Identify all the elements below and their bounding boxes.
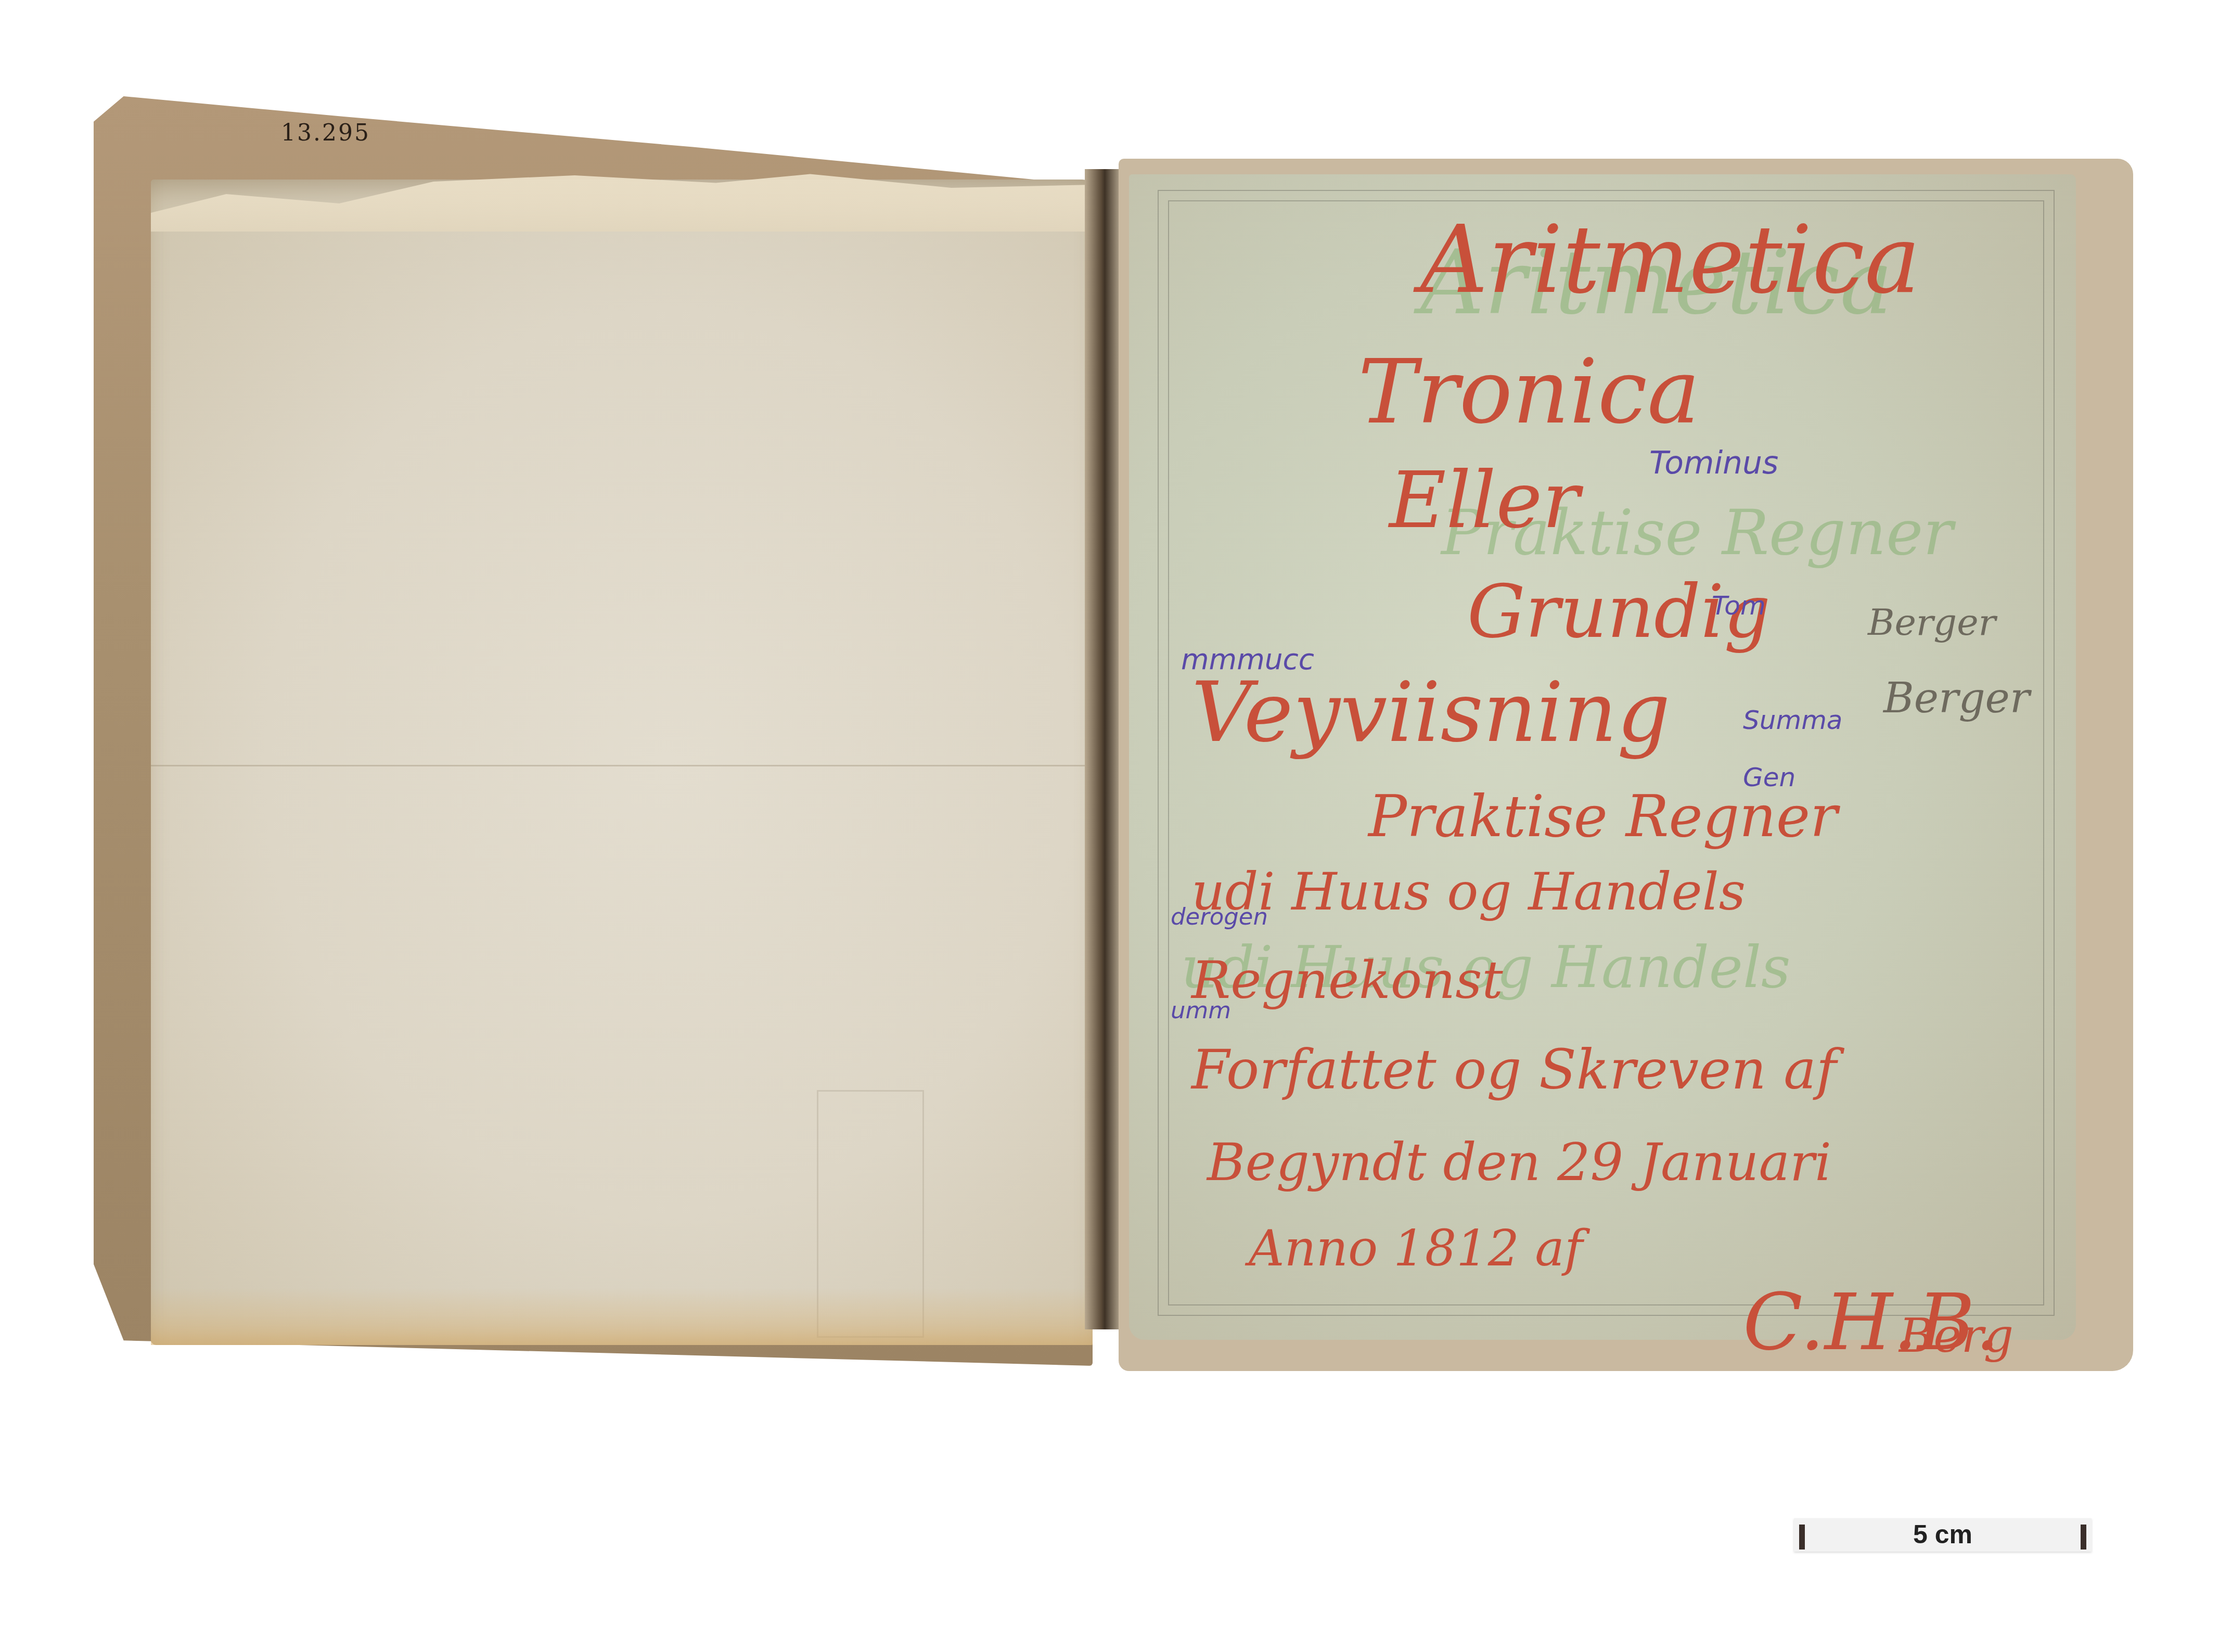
title-line-1: Aritmetica <box>1420 206 1920 314</box>
title-line-10: Begyndt den 29 Januari <box>1207 1132 1831 1193</box>
manuscript-book: 13.295 Aritmetica Praktise Regner udi Hu… <box>94 91 2133 1371</box>
title-line-5: Veyviisning <box>1191 663 1670 761</box>
title-line-3: Eller <box>1389 455 1580 546</box>
violet-annotation: mmmucc <box>1181 643 1314 676</box>
catalog-number: 13.295 <box>281 120 370 146</box>
title-line-2: Tronica <box>1358 341 1700 444</box>
scale-bar: 5 cm <box>1794 1518 2092 1552</box>
pencil-annotation: Berger <box>1883 674 2030 722</box>
violet-annotation: Gen <box>1743 762 1795 792</box>
violet-annotation: Summa <box>1743 705 1842 735</box>
title-line-8: Regnekonst <box>1191 950 1503 1010</box>
spine-gutter <box>1085 169 1121 1329</box>
scale-label: 5 cm <box>1794 1519 2092 1549</box>
violet-annotation: Tom <box>1712 591 1766 621</box>
title-page: Aritmetica Praktise Regner udi Huus og H… <box>1129 174 2076 1340</box>
violet-annotation: umm <box>1171 996 1231 1024</box>
title-line-11: Anno 1812 af <box>1249 1220 1583 1277</box>
title-line-6: Praktise Regner <box>1368 783 1838 850</box>
left-endpaper <box>151 180 1093 1345</box>
violet-annotation: derogen <box>1171 903 1268 930</box>
title-line-7: udi Huus og Handels <box>1191 861 1746 922</box>
scale-tick-right <box>2081 1525 2086 1549</box>
fold-crease <box>151 765 1093 766</box>
violet-annotation: Tominus <box>1649 445 1778 481</box>
signature-surname: Berg <box>1899 1309 2013 1363</box>
pencil-annotation: Berger <box>1868 601 1996 644</box>
water-stain <box>151 1288 1093 1345</box>
title-line-9: Forfattet og Skreven af <box>1191 1038 1837 1102</box>
